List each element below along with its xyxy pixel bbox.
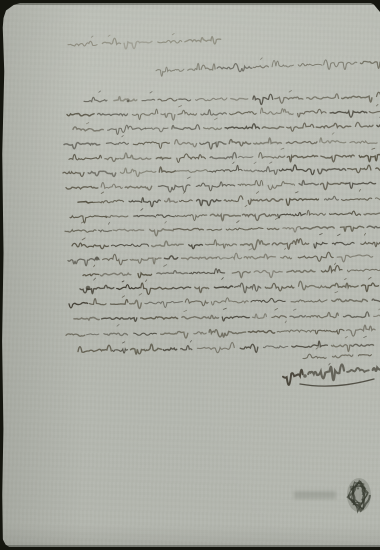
scan-edge-bottom-soft: [0, 545, 380, 547]
ink-blots: [86, 100, 307, 378]
handwriting-layer: [0, 0, 380, 550]
body-text-lines: [63, 91, 380, 355]
closing-line: [303, 347, 371, 358]
heading-line: [68, 34, 221, 49]
scan-edge-top-soft: [0, 3, 380, 5]
signature-line: [283, 363, 380, 386]
scanned-letter-page: Scanned page of a handwritten letter: [0, 0, 380, 550]
archive-seal-icon: [347, 478, 371, 512]
date-line: [156, 58, 380, 76]
faint-watermark-text: [294, 491, 336, 499]
